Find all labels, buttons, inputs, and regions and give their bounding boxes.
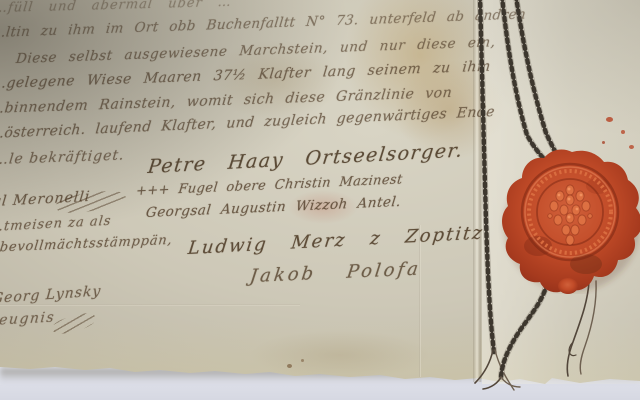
photo-canvas: …füll und abermal über … …ltin zu ihm im… <box>0 0 640 400</box>
wax-seal <box>498 146 640 294</box>
cord-to-seal-2 <box>516 0 561 163</box>
cord-to-seal-1 <box>502 0 552 168</box>
thread-right <box>567 281 596 376</box>
wax-drip <box>558 278 578 294</box>
